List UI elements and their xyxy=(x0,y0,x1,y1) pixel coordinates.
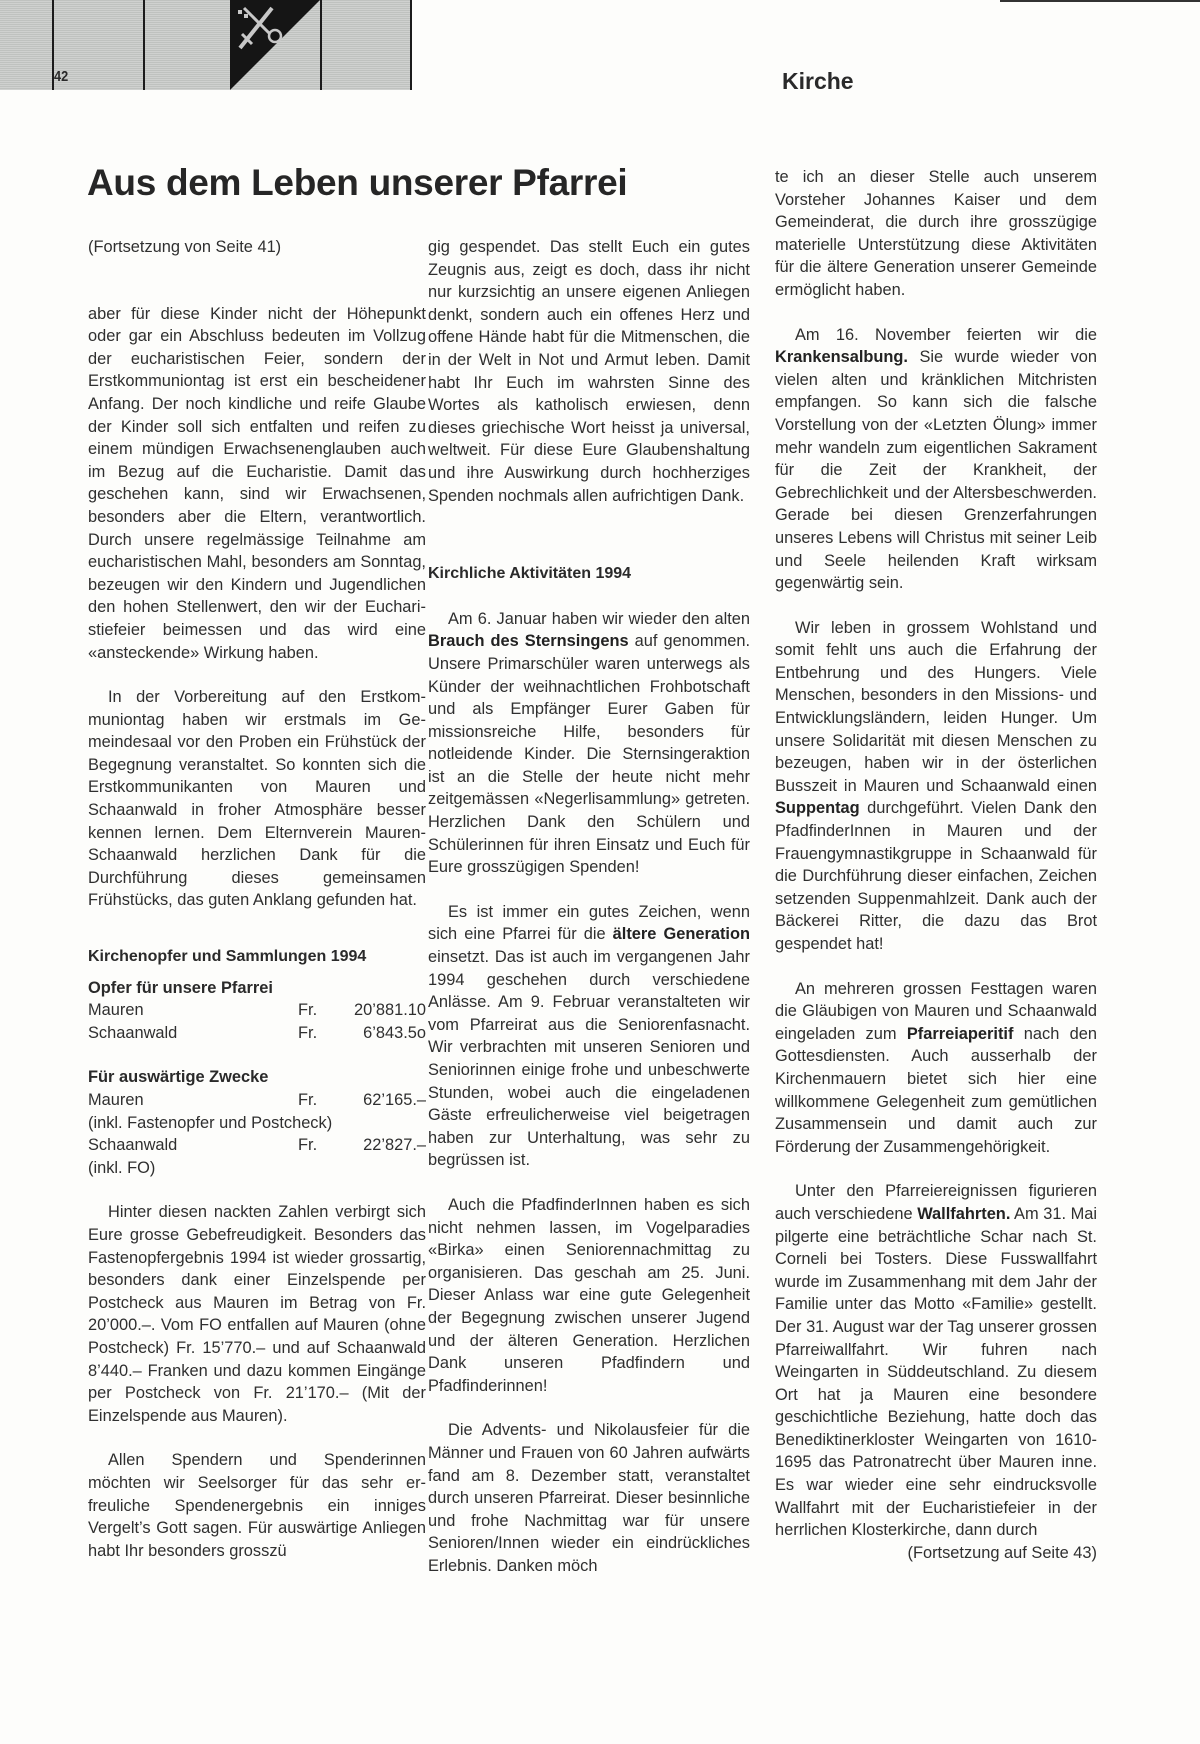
header-divider xyxy=(410,0,412,90)
continuation-note: (Fortsetzung von Seite 41) xyxy=(88,236,426,259)
top-rule xyxy=(1000,0,1200,2)
page-title: Aus dem Leben unserer Pfarrei xyxy=(87,162,627,204)
paragraph: gig gespendet. Das stellt Euch ein gu­te… xyxy=(428,236,750,507)
collection-row: Mauren Fr.62’165.– xyxy=(88,1089,426,1112)
group-heading: Opfer für unsere Pfarrei xyxy=(88,977,426,1000)
paragraph: An mehreren grossen Festtagen wa­ren die… xyxy=(775,978,1097,1159)
activities-heading: Kirchliche Aktivitäten 1994 xyxy=(428,563,750,586)
coat-of-arms-icon xyxy=(230,0,320,90)
collection-row: Schaanwald Fr.6’843.5o xyxy=(88,1022,426,1045)
column-2: gig gespendet. Das stellt Euch ein gu­te… xyxy=(428,236,750,1577)
paragraph: aber für diese Kinder nicht der Höhe­pun… xyxy=(88,303,426,665)
column-1: (Fortsetzung von Seite 41) aber für dies… xyxy=(88,236,426,1562)
header-band: 42 xyxy=(0,0,412,90)
collection-note: (inkl. Fastenopfer und Postcheck) xyxy=(88,1112,426,1135)
paragraph: Die Advents- und Nikolausfeier für die M… xyxy=(428,1419,750,1577)
paragraph: Unter den Pfarreiereignissen figurie­ren… xyxy=(775,1180,1097,1542)
collection-note: (inkl. FO) xyxy=(88,1157,426,1180)
paragraph: Es ist immer ein gutes Zeichen, wenn sic… xyxy=(428,901,750,1172)
column-3: te ich an dieser Stelle auch unserem Vor… xyxy=(775,166,1097,1564)
paragraph: Am 6. Januar haben wir wieder den al­ten… xyxy=(428,608,750,879)
page-number: 42 xyxy=(54,68,68,85)
continuation-note: (Fortsetzung auf Seite 43) xyxy=(775,1542,1097,1565)
paragraph: Hinter diesen nackten Zahlen verbirgt si… xyxy=(88,1201,426,1427)
paragraph: Am 16. November feierten wir die Kranken… xyxy=(775,324,1097,595)
paragraph: In der Vorbereitung auf den Erstkom­muni… xyxy=(88,686,426,912)
collections-heading: Kirchenopfer und Sammlungen 1994 xyxy=(88,946,426,969)
paragraph: te ich an dieser Stelle auch unserem Vor… xyxy=(775,166,1097,302)
collection-row: Schaanwald Fr.22’827.– xyxy=(88,1134,426,1157)
paragraph: Allen Spendern und Spenderinnen möchten … xyxy=(88,1449,426,1562)
collection-row: Mauren Fr.20’881.10 xyxy=(88,999,426,1022)
header-divider xyxy=(320,0,322,90)
header-divider xyxy=(143,0,145,90)
paragraph: Auch die PfadfinderInnen haben es sich n… xyxy=(428,1194,750,1397)
section-label: Kirche xyxy=(782,68,854,95)
paragraph: Wir leben in grossem Wohlstand und somit… xyxy=(775,617,1097,956)
group-heading: Für auswärtige Zwecke xyxy=(88,1066,426,1089)
